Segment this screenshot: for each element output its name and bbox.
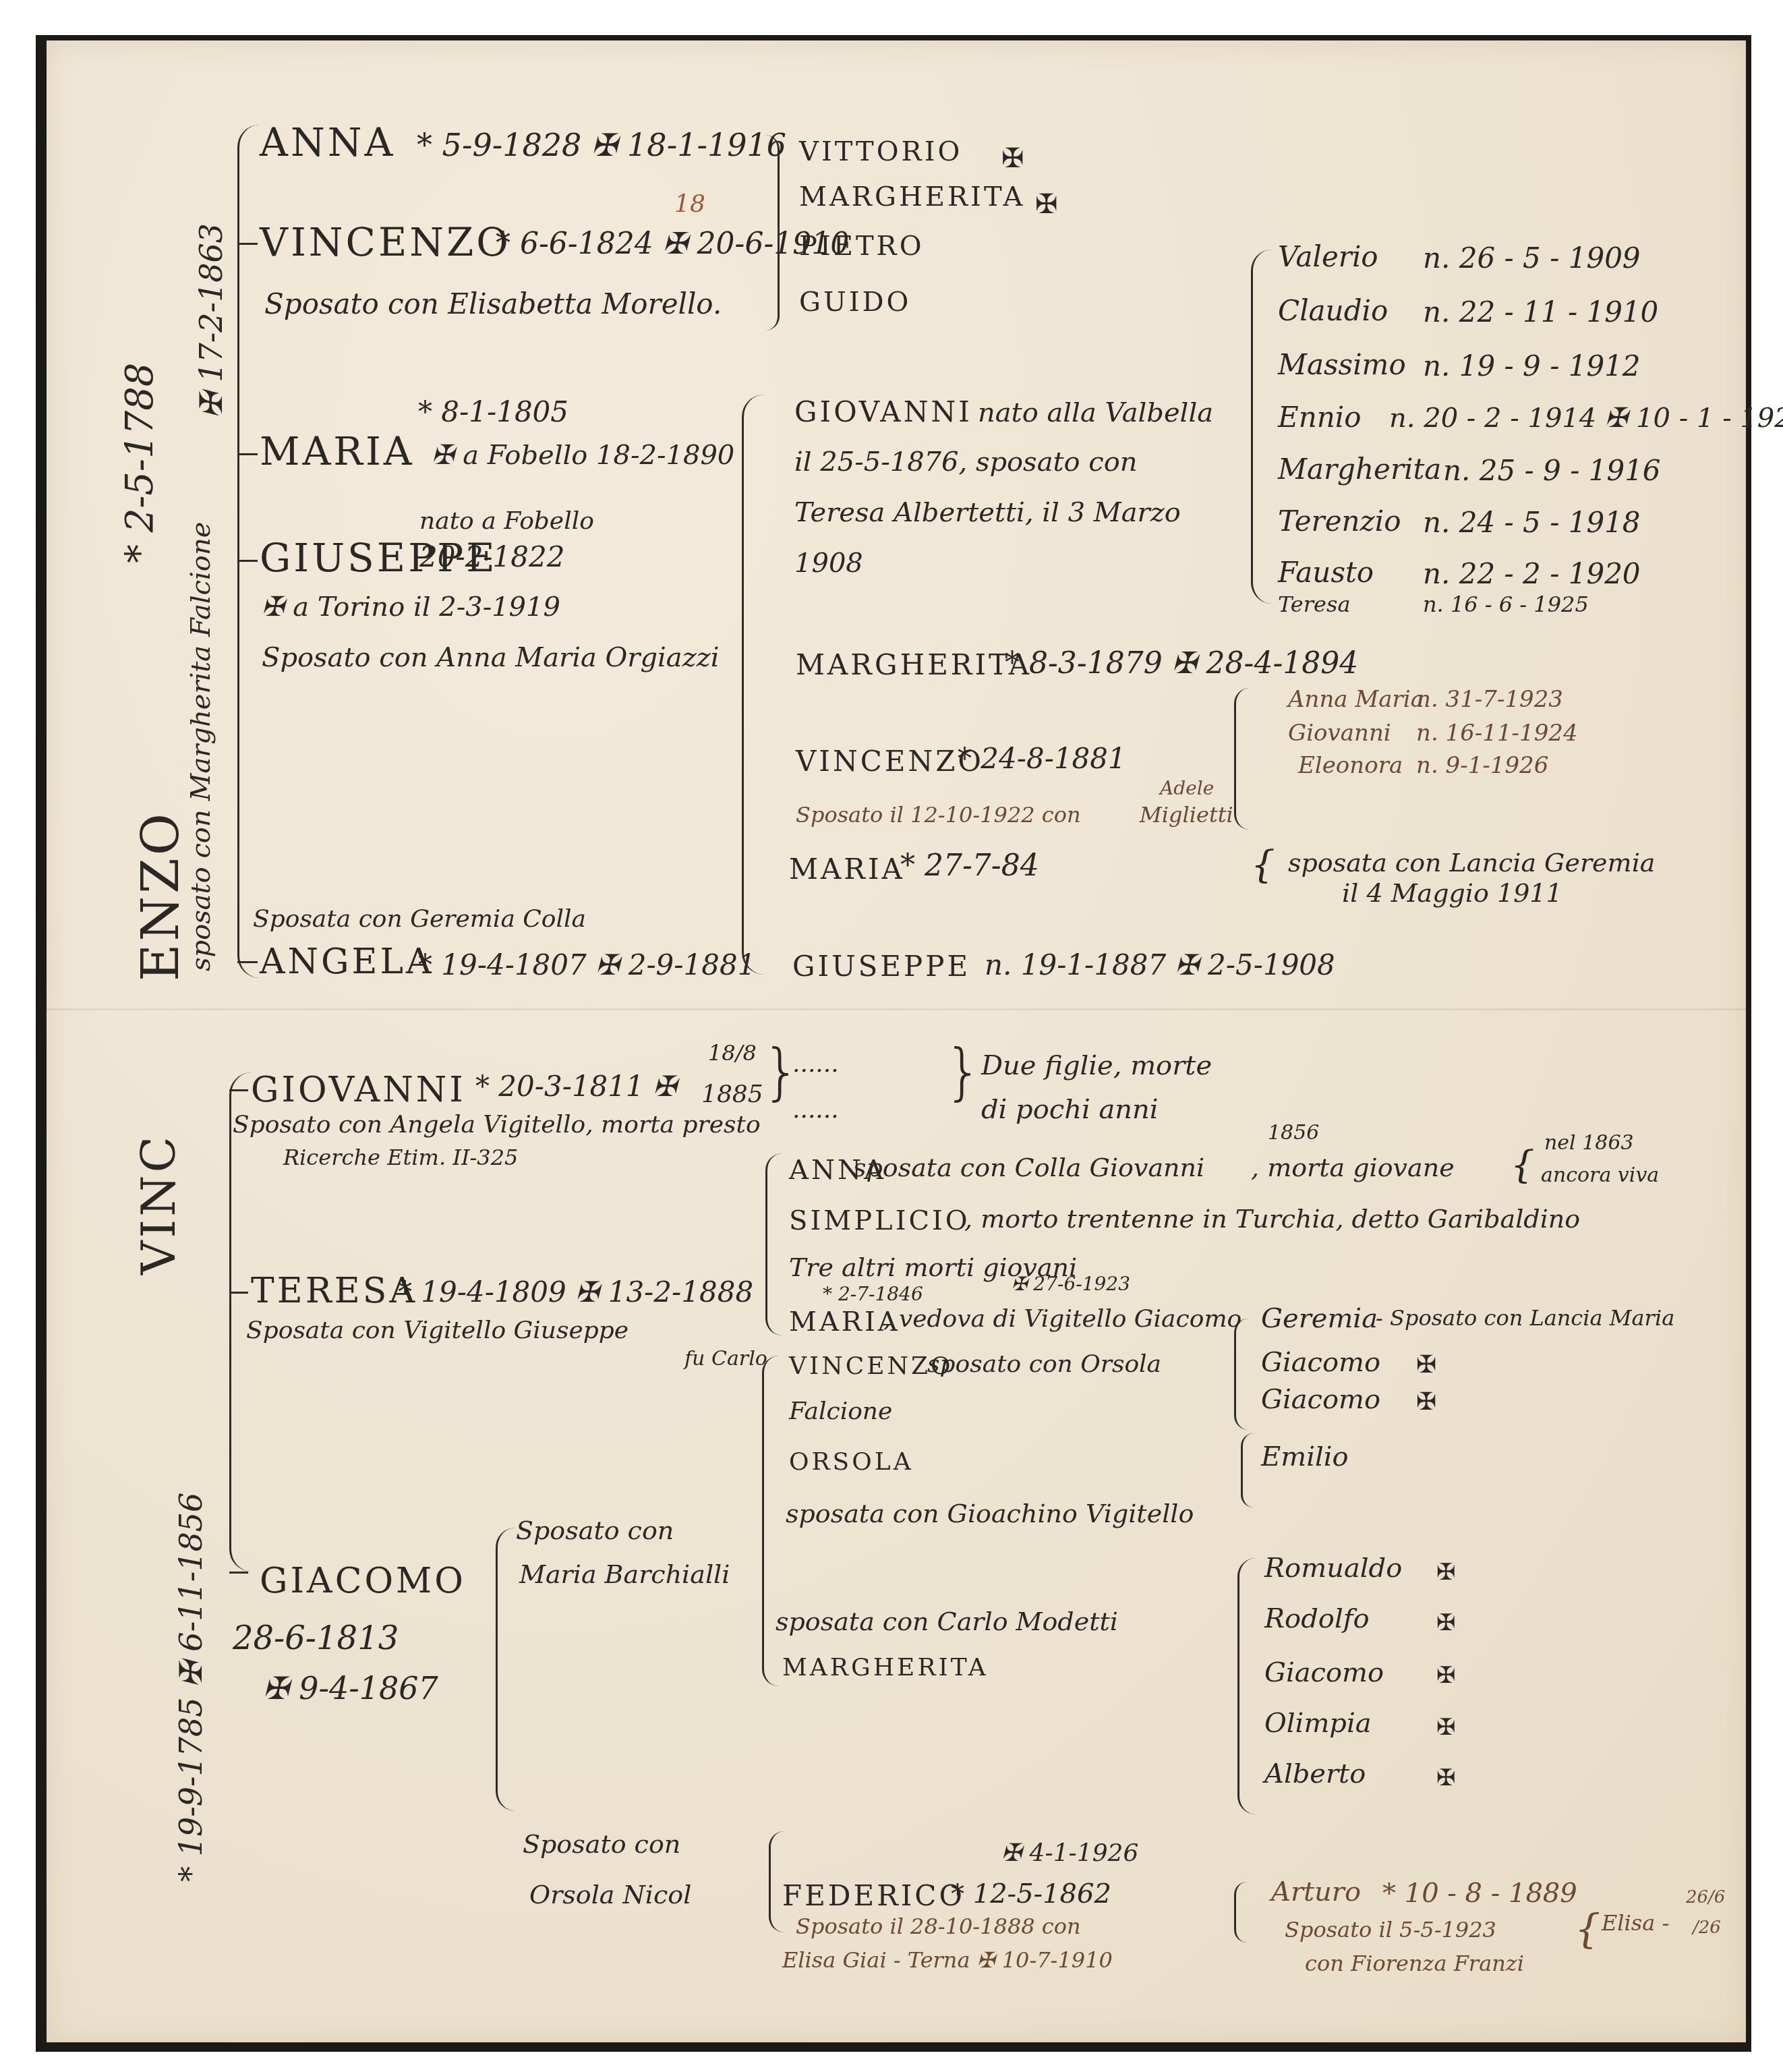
mc-vincenzo-text: sposato con Orsola [927,1352,1161,1377]
mc-federico: FEDERICO [782,1882,965,1910]
child-angela-dates: * 19-4-1807 ✠ 2-9-1881 [418,951,755,979]
paper-sheet [47,40,1746,2042]
grandchild-vittorio: VITTORIO [799,138,962,165]
vc-teresa-note-sub: fu Carlo [684,1349,767,1369]
giacomo-marriage-bracket [496,1528,515,1811]
tc-simplicio: SIMPLICIO [789,1207,970,1234]
tc-anna-aside-top: nel 1863 [1544,1133,1634,1153]
tgc-geremia: Geremia [1261,1305,1378,1332]
mgc-alberto: Alberto [1264,1760,1366,1787]
child-angela: ANGELA [260,944,434,979]
vc-giovanni-child-dots-1: ...... [792,1052,839,1076]
ggc-ennio-dates: n. 20 - 2 - 1914 ✠ 10 - 1 - 1920 [1389,405,1783,432]
vc-giovanni: GIOVANNI [251,1072,466,1107]
gc-vincenzo-dates: * 24-8-1881 [958,745,1126,773]
grandchild-margherita: MARGHERITA [799,183,1025,210]
rodolfo-died-icon: ✠ [1436,1612,1456,1635]
mc-federico-died: ✠ 4-1-1926 [1001,1841,1138,1866]
ggc-giovanni: Giovanni [1288,722,1391,745]
vc-giovanni-death-year: 1885 [701,1083,763,1107]
gc-maria-note-2: il 4 Maggio 1911 [1342,880,1562,906]
tc-maria-died: ✠ 27-6-1923 [1012,1275,1130,1294]
vc-giovanni-child-dots-2: ...... [792,1098,839,1122]
arturo-child-brace: { [1575,1909,1600,1949]
tc-anna-text: sposata con Colla Giovanni [853,1155,1204,1180]
vinc-head-name: VINC [135,1134,182,1275]
mc-vincenzo-text2: Falcione [789,1400,892,1424]
enzo-died: ✠ 17-2-1863 [196,223,227,418]
giuseppe-born: 20-2-1822 [419,543,564,571]
mc-orsola-text: sposata con Gioachino Vigitello [786,1501,1194,1526]
giovanni-children-bracket [1251,250,1272,604]
romualdo-died-icon: ✠ [1436,1561,1456,1584]
ggc-giovanni-dates: n. 16-11-1924 [1416,722,1578,745]
ggc-terenzio: Terenzio [1278,507,1401,536]
gc-giovanni: GIOVANNI [794,398,972,426]
vc-giacomo: GIACOMO [260,1563,466,1599]
ggc-claudio-dates: n. 22 - 11 - 1910 [1423,298,1658,326]
giovanni-dots-brace: } [944,1042,983,1103]
tick-vinc-giovanni [229,1089,248,1091]
paper-fold-line [47,1008,1746,1010]
mc-margherita: MARGHERITA [782,1656,989,1680]
tc-anna-text2: , morta giovane [1251,1155,1455,1180]
enzo-children-bracket [237,125,260,978]
child-anna: ANNA [260,123,395,162]
ggc-eleonora: Eleonora [1298,754,1403,777]
mgc-arturo-note1: Sposato il 5-5-1923 [1285,1919,1496,1940]
tgc-giacomo-2-died-icon: ✠ [1416,1389,1436,1414]
vincenzo-date-correction: 18 [674,192,705,217]
tc-simplicio-text: , morto trentenne in Turchia, detto Gari… [964,1206,1580,1232]
mgc-arturo-child-date-top: 26/6 [1686,1889,1725,1906]
vinc-head-dates: * 19-9-1785 ✠ 6-11-1856 [175,1493,206,1882]
tc-maria-text: , vedova di Vigitello Giacomo [883,1307,1241,1331]
mc-orsola: ORSOLA [789,1450,914,1474]
child-maria-died: ✠ a Fobello 18-2-1890 [432,442,734,469]
tc-anna-superscript: 1856 [1268,1123,1319,1143]
gc-giovanni-line2: il 25-5-1876, sposato con [794,449,1138,476]
gc-giovanni-line4: 1908 [794,550,863,577]
giuseppe-born-note: nato a Fobello [419,509,594,534]
vc-giovanni-children-note-1: Due figlie, morte [981,1052,1212,1079]
child-anna-dates: * 5-9-1828 ✠ 18-1-1916 [417,129,786,161]
angela-spouse-note: Sposata con Geremia Colla [253,907,586,931]
ggc-margherita-dates: n. 25 - 9 - 1916 [1443,457,1661,485]
giacomo-died-icon: ✠ [1436,1665,1456,1688]
mc-federico-note1: Sposato il 28-10-1888 con [796,1916,1081,1937]
mgc-arturo-note2: con Fiorenza Franzi [1305,1953,1524,1974]
marriage-1-line2: Maria Barchialli [519,1561,730,1587]
tick-vinc-giacomo [229,1572,248,1574]
gc-giuseppe: GIUSEPPE [792,952,970,981]
federico-children-bracket [1234,1882,1247,1942]
mgc-arturo-child-name: Elisa - [1602,1912,1669,1934]
marriage-2-line1: Sposato con [523,1831,680,1857]
mgc-arturo-child-date-bottom: /26 [1693,1919,1721,1936]
tc-anna-aside-brace: { [1511,1147,1535,1184]
ggc-teresa: Teresa [1278,594,1351,615]
ggc-anna-maria-dates: n. 31-7-1923 [1416,688,1563,711]
vc-giovanni-children-note-2: di pochi anni [981,1096,1159,1123]
ggc-margherita: Margherita [1278,455,1441,484]
ggc-valerio: Valerio [1278,243,1378,271]
gc-giovanni-line1: nato alla Valbella [978,399,1213,426]
marriage-1-children-bracket [762,1356,779,1686]
child-maria: MARIA [260,432,415,471]
giuseppe-spouse-note: Sposato con Anna Maria Orgiazzi [262,644,720,671]
mgc-arturo: Arturo [1271,1878,1361,1905]
gc-maria: MARIA [789,855,905,884]
ggc-fausto-dates: n. 22 - 2 - 1920 [1423,560,1641,588]
ggc-eleonora-dates: n. 9-1-1926 [1416,754,1548,777]
tc-maria-born: * 2-7-1846 [823,1285,923,1304]
ggc-fausto: Fausto [1278,558,1374,587]
vc-giovanni-reference: Ricerche Etim. II-325 [283,1147,518,1168]
tgc-geremia-note: - Sposato con Lancia Maria [1376,1307,1674,1329]
mc-federico-note2: Elisa Giai - Terna ✠ 10-7-1910 [782,1949,1113,1971]
gc-vincenzo-note: Sposato il 12-10-1922 con [796,804,1081,826]
gc-giovanni-line3: Teresa Albertetti, il 3 Marzo [794,499,1181,526]
giuseppe-children-bracket [742,395,764,975]
tgc-giacomo-1: Giacomo [1261,1349,1380,1376]
mgc-arturo-dates: * 10 - 8 - 1889 [1382,1880,1577,1907]
vc-teresa: TERESA [251,1273,417,1308]
ggc-terenzio-dates: n. 24 - 5 - 1918 [1423,509,1641,537]
tick-angela [237,961,258,963]
tgc-giacomo-1-died-icon: ✠ [1416,1352,1436,1377]
child-vincenzo-dates: * 6-6-1824 ✠ 20-6-1910 [496,229,849,259]
ggc-teresa-dates: n. 16 - 6 - 1925 [1423,594,1589,615]
vincenzo-spouse-note: Sposato con Elisabetta Morello. [264,290,722,318]
ggc-valerio-dates: n. 26 - 5 - 1909 [1423,244,1641,272]
mc-margherita-text: sposata con Carlo Modetti [776,1609,1118,1634]
vc-giovanni-note: Sposato con Angela Vigitello, morta pres… [233,1113,761,1137]
ggc-ennio: Ennio [1278,403,1361,432]
vc-giovanni-death-day: 18/8 [708,1042,757,1064]
vc-giacomo-born: 28-6-1813 [233,1622,399,1654]
vc-giacomo-died: ✠ 9-4-1867 [263,1673,438,1704]
ggc-massimo: Massimo [1278,351,1406,379]
vincenzo-children-bracket [1234,688,1250,830]
gc-maria-dates: * 27-7-84 [900,851,1039,881]
mgc-emilio: Emilio [1261,1443,1349,1470]
orsola-children-bracket [1241,1433,1254,1507]
ggc-massimo-dates: n. 19 - 9 - 1912 [1423,352,1641,380]
enzo-born: * 2-5-1788 [121,363,159,563]
grandchild-guido: GUIDO [799,289,911,316]
gc-vincenzo-spouse-last: Miglietti [1140,804,1233,826]
child-vincenzo: VINCENZO [260,223,511,262]
vc-teresa-note: Sposata con Vigitello Giuseppe [246,1319,629,1343]
tick-vinc-teresa [229,1292,248,1294]
ggc-anna-maria: Anna Maria [1288,688,1424,711]
tick-vincenzo [237,243,258,245]
margherita-died-icon: ✠ [1035,191,1058,218]
tgc-giacomo-2: Giacomo [1261,1386,1380,1413]
alberto-died-icon: ✠ [1436,1767,1456,1790]
mc-federico-born: * 12-5-1862 [951,1880,1111,1907]
margherita-children-bracket [1237,1558,1256,1814]
vc-giovanni-dates: * 20-3-1811 ✠ [475,1072,676,1101]
gc-margherita: MARGHERITA [796,651,1032,679]
child-maria-born: * 8-1-1805 [418,398,568,426]
marriage-2-line2: Orsola Nicol [529,1882,691,1907]
olimpia-died-icon: ✠ [1436,1717,1456,1739]
vc-teresa-dates: * 19-4-1809 ✠ 13-2-1888 [398,1278,753,1306]
gc-vincenzo-spouse-first: Adele [1160,779,1214,798]
enzo-head-name: ENZO [135,811,186,981]
tick-maria [237,453,258,455]
giuseppe-died: ✠ a Torino il 2-3-1919 [262,594,560,621]
enzo-spouse-note: sposato con Margherita Falcione [187,522,214,971]
marriage-1-line1: Sposato con [516,1518,674,1543]
gc-giuseppe-dates: n. 19-1-1887 ✠ 2-5-1908 [985,951,1335,979]
maria-children-bracket [1234,1319,1248,1430]
gc-maria-brace: { [1251,846,1275,884]
mgc-rodolfo: Rodolfo [1264,1605,1370,1632]
vittorio-died-icon: ✠ [1001,145,1024,172]
tc-anna-aside-bottom: ancora viva [1541,1165,1659,1186]
gc-vincenzo: VINCENZO [796,747,984,776]
ggc-claudio: Claudio [1278,297,1388,325]
gc-margherita-dates: * 8-3-1879 ✠ 28-4-1894 [1005,649,1358,679]
mgc-romualdo: Romualdo [1264,1555,1402,1582]
gc-maria-note-1: sposata con Lancia Geremia [1288,850,1655,875]
tick-giuseppe [237,560,258,562]
mgc-olimpia: Olimpia [1264,1710,1372,1737]
teresa-children-bracket [765,1153,782,1335]
mgc-giacomo: Giacomo [1264,1659,1384,1686]
